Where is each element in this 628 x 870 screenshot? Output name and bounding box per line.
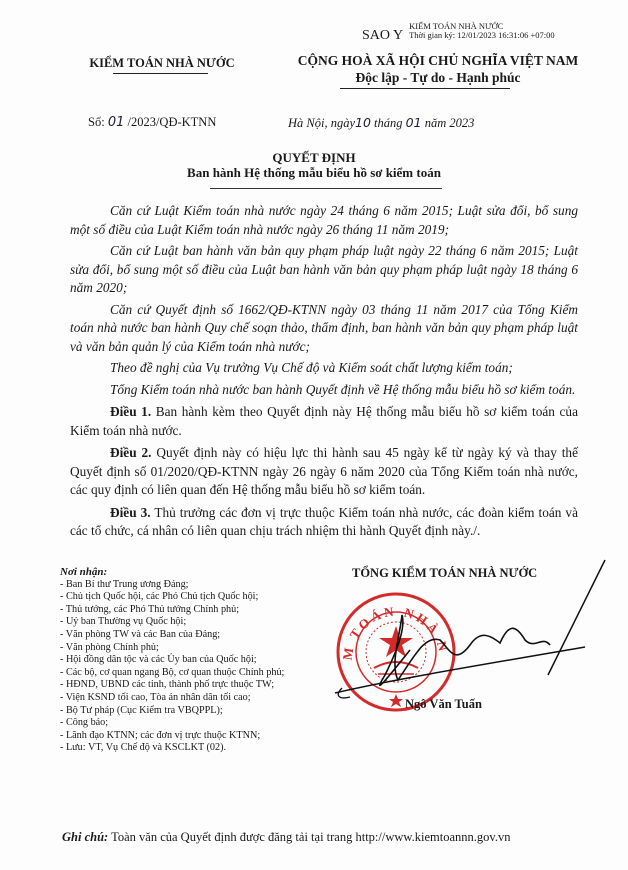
recipient-item: - Lãnh đạo KTNN; các đơn vị trực thuộc K… [60, 730, 330, 743]
document-number: Số: 01 /2023/QĐ-KTNN [88, 115, 216, 130]
recipient-item: - Lưu: VT, Vụ Chế độ và KSCLKT (02). [60, 742, 330, 755]
date-year: năm 2023 [422, 116, 475, 130]
date-month-label: tháng [371, 116, 406, 130]
article-1: Điều 1. Ban hành kèm theo Quyết định này… [70, 403, 578, 440]
footnote: Ghi chú: Toàn văn của Quyết định được đă… [62, 830, 510, 845]
document-body: Căn cứ Luật Kiểm toán nhà nước ngày 24 t… [70, 202, 578, 544]
recipient-item: - Các bộ, cơ quan ngang Bộ, cơ quan thuộ… [60, 667, 330, 680]
date-prefix: Hà Nội, ngày [288, 116, 355, 130]
title-underline [210, 188, 442, 189]
preamble-paragraph: Căn cứ Luật Kiểm toán nhà nước ngày 24 t… [70, 202, 578, 239]
preamble-paragraph: Tổng Kiểm toán nhà nước ban hành Quyết đ… [70, 381, 578, 400]
footnote-text: Toàn văn của Quyết định được đăng tải tạ… [108, 830, 510, 844]
copy-signed-time: Thời gian ký: 12/01/2023 16:31:06 +07:00 [409, 31, 555, 40]
motto-underline [340, 88, 510, 89]
article-2: Điều 2. Quyết định này có hiệu lực thi h… [70, 444, 578, 500]
article-label: Điều 3. [110, 505, 151, 520]
date-month: 01 [406, 115, 422, 130]
document-title: QUYẾT ĐỊNH Ban hành Hệ thống mẫu biểu hồ… [0, 150, 628, 180]
recipient-item: - Bộ Tư pháp (Cục Kiểm tra VBQPPL); [60, 705, 330, 718]
recipient-item: - HĐND, UBND các tỉnh, thành phố trực th… [60, 679, 330, 692]
recipients-heading: Nơi nhận: [60, 566, 330, 579]
recipient-item: - Công báo; [60, 717, 330, 730]
national-header: CỘNG HOÀ XÃ HỘI CHỦ NGHĨA VIỆT NAM Độc l… [288, 52, 588, 86]
recipient-item: - Thủ tướng, các Phó Thủ tướng Chính phủ… [60, 604, 330, 617]
issue-date: Hà Nội, ngày10 tháng 01 năm 2023 [288, 115, 474, 131]
signatory-name: Ngô Văn Tuấn [405, 697, 482, 712]
preamble-paragraph: Căn cứ Luật ban hành văn bản quy phạm ph… [70, 242, 578, 298]
article-label: Điều 2. [110, 445, 151, 460]
handwritten-signature-icon [330, 555, 628, 715]
article-3: Điều 3. Thủ trưởng các đơn vị trực thuộc… [70, 504, 578, 541]
agency-underline [113, 73, 208, 74]
copy-stamp: SAO Y KIỂM TOÁN NHÀ NƯỚC Thời gian ký: 1… [362, 22, 555, 44]
doc-number-handwritten: 01 [108, 115, 125, 130]
nation-title: CỘNG HOÀ XÃ HỘI CHỦ NGHĨA VIỆT NAM [288, 52, 588, 69]
motto: Độc lập - Tự do - Hạnh phúc [288, 69, 588, 86]
recipient-item: - Văn phòng TW và các Ban của Đảng; [60, 629, 330, 642]
issuing-agency: KIỂM TOÁN NHÀ NƯỚC [87, 56, 237, 71]
preamble-paragraph: Theo đề nghị của Vụ trưởng Vụ Chế độ và … [70, 359, 578, 378]
doc-number-suffix: /2023/QĐ-KTNN [124, 115, 216, 129]
recipient-item: - Hội đồng dân tộc và các Ủy ban của Quố… [60, 654, 330, 667]
title-subtitle: Ban hành Hệ thống mẫu biểu hồ sơ kiểm to… [0, 165, 628, 180]
copy-label: SAO Y [362, 28, 403, 44]
date-day: 10 [355, 115, 371, 130]
preamble-paragraph: Căn cứ Quyết định số 1662/QĐ-KTNN ngày 0… [70, 301, 578, 357]
recipient-item: - Viện KSND tối cao, Tòa án nhân dân tối… [60, 692, 330, 705]
article-label: Điều 1. [110, 404, 151, 419]
recipient-item: - Văn phòng Chính phủ; [60, 642, 330, 655]
doc-number-prefix: Số: [88, 115, 108, 129]
recipient-item: - Ban Bí thư Trung ương Đảng; [60, 579, 330, 592]
recipients-list: Nơi nhận: - Ban Bí thư Trung ương Đảng; … [60, 566, 330, 755]
recipient-item: - Uỷ ban Thường vụ Quốc hội; [60, 616, 330, 629]
recipient-item: - Chủ tịch Quốc hội, các Phó Chủ tịch Qu… [60, 591, 330, 604]
footnote-label: Ghi chú: [62, 830, 108, 844]
title-main: QUYẾT ĐỊNH [0, 150, 628, 165]
